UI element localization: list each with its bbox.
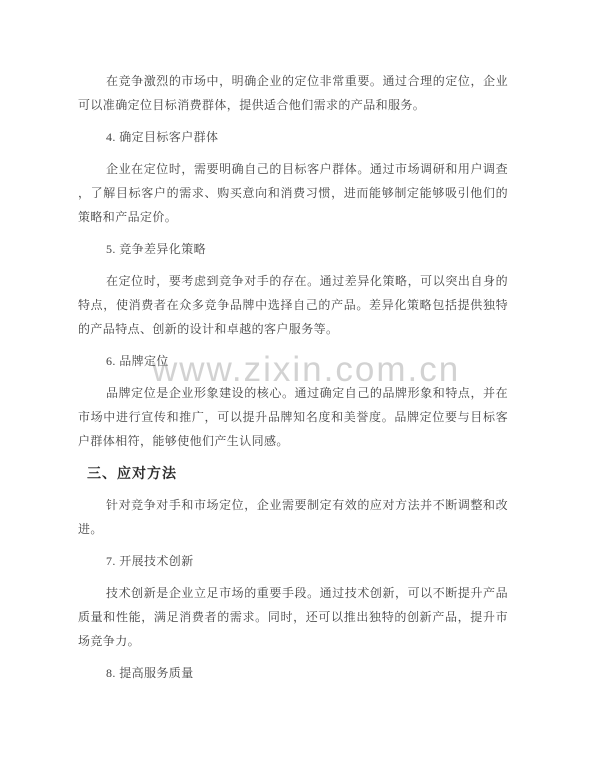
numbered-heading-4: 4. 确定目标客户群体 [78,125,508,149]
paragraph: 品牌定位是企业形象建设的核心。通过确定自己的品牌形象和特点，并在市场中进行宣传和… [78,381,508,453]
paragraph: 在定位时，要考虑到竞争对手的存在。通过差异化策略，可以突出自身的特点，使消费者在… [78,269,508,341]
paragraph: 技术创新是企业立足市场的重要手段。通过技术创新，可以不断提升产品质量和性能，满足… [78,581,508,653]
numbered-heading-7: 7. 开展技术创新 [78,549,508,573]
paragraph: 在竞争激烈的市场中，明确企业的定位非常重要。通过合理的定位，企业可以准确定位目标… [78,69,508,117]
numbered-heading-6: 6. 品牌定位 [78,349,508,373]
section-heading: 三、应对方法 [87,461,508,485]
paragraph: 企业在定位时，需要明确自己的目标客户群体。通过市场调研和用户调查，了解目标客户的… [78,157,508,229]
numbered-heading-5: 5. 竞争差异化策略 [78,237,508,261]
numbered-heading-8: 8. 提高服务质量 [78,661,508,685]
paragraph: 针对竞争对手和市场定位，企业需要制定有效的应对方法并不断调整和改进。 [78,493,508,541]
page-content: 在竞争激烈的市场中，明确企业的定位非常重要。通过合理的定位，企业可以准确定位目标… [0,0,600,685]
document-page: www.zixin.com.cn 在竞争激烈的市场中，明确企业的定位非常重要。通… [0,0,600,776]
